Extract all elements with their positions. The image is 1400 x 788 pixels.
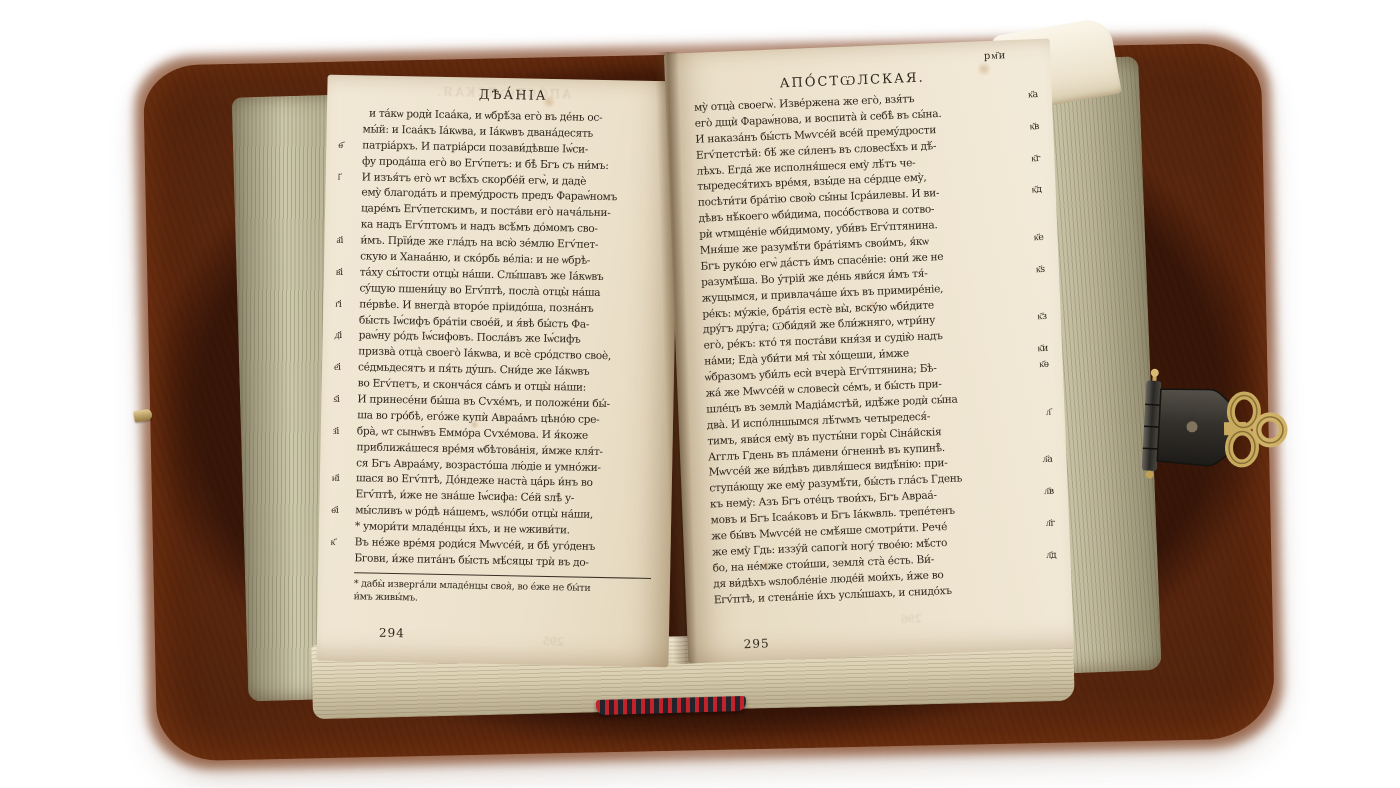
- line-text: фу продáша егò во Егѵ́петъ: и бѣ̀ Бгъ съ…: [362, 155, 609, 172]
- verse-number: л҃в: [1044, 484, 1054, 500]
- verse-number: к҃з: [1037, 309, 1047, 325]
- foxing-spot: [760, 560, 771, 570]
- verse-number: к҃ѳ: [1039, 357, 1049, 373]
- clasp-gilt-loop: [1222, 394, 1285, 465]
- verse-number: л҃д: [1046, 547, 1057, 563]
- photo-background: АПО́СТѠЛСКАЯ. ДѢА́НІА и тáкѡ родѝ Ісаáка…: [0, 0, 1400, 788]
- line-text: пéрвѣе. И внегдà вторóе пріидóша, познáн…: [359, 298, 593, 314]
- line-text: шася во Егѵ́птѣ, Дóндеже настà цáрь и́нъ…: [356, 473, 593, 490]
- line-text: во Егѵ́петъ, и скончáся сáмъ и отцы̀ нáш…: [358, 377, 587, 393]
- line-text: Бгови, и́же питáнъ бы́сть мѣ́сяцы трѝ въ…: [354, 552, 588, 568]
- verse-number: к҃а: [1028, 87, 1038, 103]
- folio-number: рм҃и: [984, 50, 1007, 62]
- line-text: мы́сливъ ѡ рóдѣ нáшемъ, ѡѕлóби отцы̀ нáш…: [355, 505, 593, 522]
- left-page-content: ДѢА́НІА и тáкѡ родѝ Ісаáка, и ѡбрѣ́за ег…: [353, 85, 663, 609]
- right-page-number: 295: [743, 636, 769, 651]
- foxing-spot: [976, 62, 992, 76]
- left-page-footnote: * дабы̀ извергáли младéнцы своя̀, во éже…: [353, 577, 653, 610]
- verse-number: ѳ҃і: [331, 503, 339, 519]
- verse-number: л҃: [1046, 405, 1051, 421]
- line-text: царéмъ Егѵ́петскимъ, и постáви егò начáл…: [361, 203, 611, 220]
- right-page-text: к҃амỳ отцà своегѡ̀. Извéржена же егò, вз…: [694, 88, 1032, 609]
- verse-number: к҃в: [1029, 119, 1039, 135]
- verse-number: з҃і: [333, 424, 340, 440]
- line-text: призвà отцà своегò Іáкѡва, и всè срóдств…: [358, 346, 611, 363]
- clasp-icon: [1133, 364, 1297, 492]
- verse-number: и҃і: [332, 471, 340, 487]
- verse-number: л҃г: [1046, 516, 1056, 532]
- line-text: и тáкѡ родѝ Ісаáка, и ѡбрѣ́за егò въ дéн…: [363, 107, 603, 124]
- line-text: и́мъ. Прїи́де же глáдъ на всю̀ зéмлю Егѵ…: [360, 234, 598, 251]
- line-text: тáху сы́тости отцы̀ нáши. Слы́шавъ же Іá…: [360, 266, 604, 283]
- line-text: сéдмьдесятъ и пя́ть дýшъ. Сни́де же Іáкѡ…: [358, 362, 590, 378]
- foxing-spot: [470, 420, 479, 429]
- verse-number: к҃: [331, 535, 336, 551]
- line-text: сýщую пшени́цу во Егѵ́птѣ, послà отцы̀ н…: [359, 282, 600, 299]
- verse-number: в҃і: [336, 265, 343, 281]
- left-page: АПО́СТѠЛСКАЯ. ДѢА́НІА и тáкѡ родѝ Ісаáка…: [316, 75, 679, 668]
- line-text: и́мъ живы́мъ.: [354, 592, 418, 604]
- line-text: ка надъ Егѵ́птомъ и надъ всѣ́мъ дóмомъ с…: [361, 219, 598, 236]
- verse-number: к҃ѕ: [1036, 262, 1046, 278]
- verse-number: а҃і: [336, 233, 343, 249]
- left-page-number: 294: [379, 626, 405, 640]
- verse-number: к҃и: [1037, 341, 1048, 357]
- line-text: Егѵ́птѣ, и́же не знáше Іѡ́сифа: Сéй ѕлѣ̀…: [355, 489, 574, 505]
- line-text: Въ нéже врéмя роди́ся Мѡѵсéй, и бѣ̀ угóд…: [355, 536, 596, 553]
- line-text: И принесéни бы́ша въ Сѵхéмъ, и положéни …: [357, 393, 610, 410]
- line-text: бы́сть Іѡ́сифъ брáтіи своéй, и я́вѣ бы́с…: [359, 314, 589, 330]
- bleed-through-page-number: 295: [543, 635, 564, 648]
- line-text: скую и Ханаáню, и скóрбь вéліа: и не ѡбр…: [360, 250, 590, 266]
- left-page-text: и тáкѡ родѝ Ісаáка, и ѡбрѣ́за егò въ дéн…: [354, 106, 663, 573]
- verse-number: г҃і: [335, 297, 342, 313]
- line-text: * умори́ти младéнцы и́хъ, и не ѡживи́ти.: [355, 520, 570, 536]
- bleed-through-page-number: 296: [901, 612, 923, 626]
- line-text: И изъя́тъ егò ѡт всѣ́хъ скорбéй егѡ̀, и …: [362, 171, 587, 187]
- foxing-spot: [542, 96, 556, 108]
- line-text: емỳ благодáть и премýдрость предъ Фараѡ́…: [361, 187, 617, 204]
- verse-number: к҃е: [1034, 230, 1044, 246]
- verse-number: ѕ҃і: [333, 392, 339, 408]
- verse-number: е҃і: [334, 360, 341, 376]
- line-text: раѡ́ну рóдъ Іѡ́сифовъ. Послáвъ же Іѡ́сиф…: [359, 330, 581, 346]
- verse-number: к҃д: [1032, 182, 1043, 198]
- right-page: рм҃и АПО́СТѠЛСКАЯ. к҃амỳ отцà своегѡ̀. И…: [664, 39, 1074, 664]
- line-text: мы́й: и Ісаáкъ Іáкѡва, и Іáкѡвъ дванáдес…: [363, 123, 594, 139]
- verse-number: к҃г: [1031, 151, 1041, 167]
- right-page-content: рм҃и АПО́СТѠЛСКАЯ. к҃амỳ отцà своегѡ̀. И…: [693, 66, 1032, 609]
- line-text: патріáрхъ. И патріáрси позави́дѣвше Іѡ́с…: [362, 139, 588, 155]
- verse-number: ѳ҃: [338, 138, 343, 154]
- verse-number: д҃і: [334, 328, 342, 344]
- verse-number: і҃: [338, 169, 341, 185]
- line-text: ся Бгъ Авраáму, возрастóша лю́діе и умнó…: [356, 457, 601, 474]
- verse-number: л҃а: [1042, 452, 1052, 468]
- foxing-spot: [868, 300, 878, 310]
- line-text: приближáшеся врéмя ѡбѣтовáнія, и́мже кля…: [356, 441, 602, 458]
